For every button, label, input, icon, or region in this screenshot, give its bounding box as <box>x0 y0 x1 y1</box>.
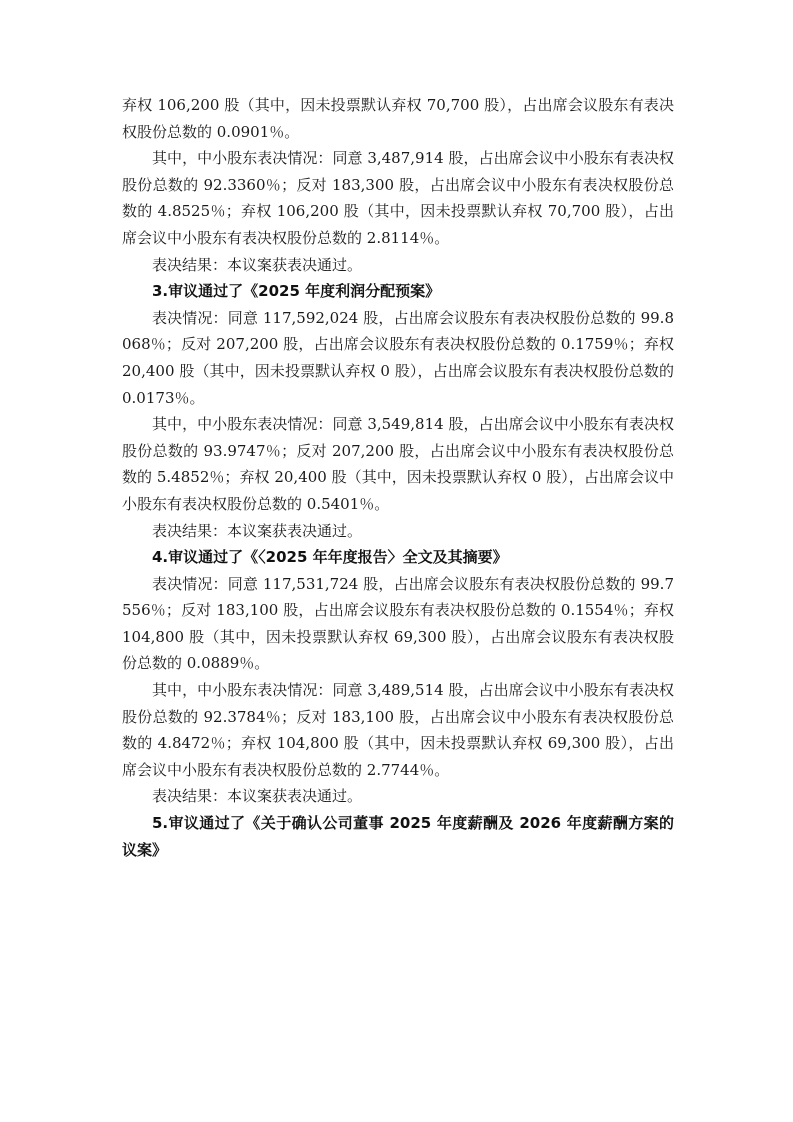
paragraph-result-2: 表决结果：本议案获表决通过。 <box>122 252 674 279</box>
document-page: 弃权 106,200 股（其中，因未投票默认弃权 70,700 股），占出席会议… <box>122 92 674 863</box>
paragraph-result-3: 表决结果：本议案获表决通过。 <box>122 518 674 545</box>
heading-proposal-4: 4.审议通过了《〈2025 年年度报告〉全文及其摘要》 <box>122 544 674 571</box>
paragraph-vote-3: 表决情况：同意 117,592,024 股，占出席会议股东有表决权股份总数的 9… <box>122 305 674 411</box>
heading-proposal-5: 5.审议通过了《关于确认公司董事 2025 年度薪酬及 2026 年度薪酬方案的… <box>122 810 674 863</box>
heading-proposal-3: 3.审议通过了《2025 年度利润分配预案》 <box>122 278 674 305</box>
paragraph-abstain-total-cont: 弃权 106,200 股（其中，因未投票默认弃权 70,700 股），占出席会议… <box>122 92 674 145</box>
paragraph-minority-vote-3: 其中，中小股东表决情况：同意 3,549,814 股，占出席会议中小股东有表决权… <box>122 411 674 517</box>
paragraph-minority-vote-2: 其中，中小股东表决情况：同意 3,487,914 股，占出席会议中小股东有表决权… <box>122 145 674 251</box>
paragraph-vote-4: 表决情况：同意 117,531,724 股，占出席会议股东有表决权股份总数的 9… <box>122 571 674 677</box>
paragraph-result-4: 表决结果：本议案获表决通过。 <box>122 783 674 810</box>
paragraph-minority-vote-4: 其中，中小股东表决情况：同意 3,489,514 股，占出席会议中小股东有表决权… <box>122 677 674 783</box>
